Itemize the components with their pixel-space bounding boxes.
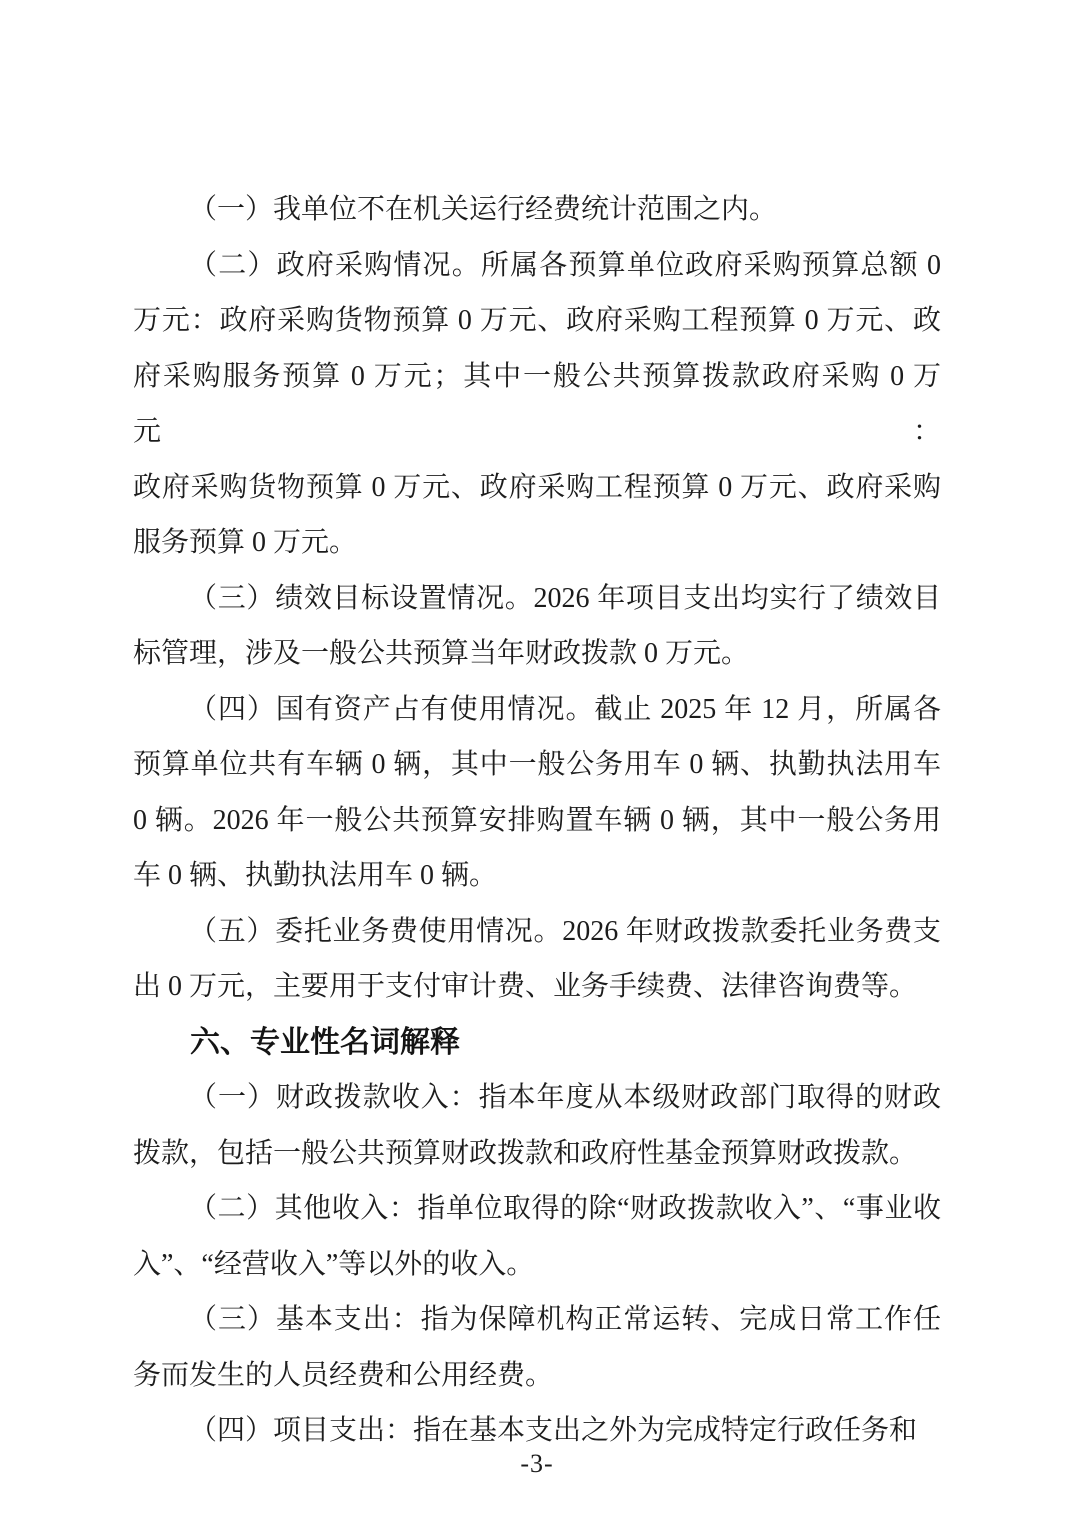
text-line: 万元：政府采购货物预算 0 万元、政府采购工程预算 0 万元、政 — [133, 293, 941, 349]
text-line: （一）财政拨款收入：指本年度从本级财政部门取得的财政 — [133, 1070, 941, 1126]
document-content: （一）我单位不在机关运行经费统计范围之内。（二）政府采购情况。所属各预算单位政府… — [133, 182, 941, 1459]
paragraph: （五）委托业务费使用情况。2026 年财政拨款委托业务费支出 0 万元，主要用于… — [133, 904, 941, 1015]
paragraph: （四）国有资产占有使用情况。截止 2025 年 12 月，所属各预算单位共有车辆… — [133, 682, 941, 904]
text-line: （三）基本支出：指为保障机构正常运转、完成日常工作任 — [133, 1292, 941, 1348]
text-line: 府采购服务预算 0 万元；其中一般公共预算拨款政府采购 0 万元： — [133, 349, 941, 460]
page-number: -3- — [0, 1449, 1074, 1479]
text-line: （二）政府采购情况。所属各预算单位政府采购预算总额 0 — [133, 238, 941, 294]
text-line: 标管理，涉及一般公共预算当年财政拨款 0 万元。 — [133, 626, 941, 682]
text-line: 车 0 辆、执勤执法用车 0 辆。 — [133, 848, 941, 904]
text-line: 政府采购货物预算 0 万元、政府采购工程预算 0 万元、政府采购 — [133, 460, 941, 516]
text-line: 服务预算 0 万元。 — [133, 515, 941, 571]
paragraph: （一）我单位不在机关运行经费统计范围之内。 — [133, 182, 941, 238]
text-line: （二）其他收入：指单位取得的除“财政拨款收入”、“事业收 — [133, 1181, 941, 1237]
paragraph: （二）政府采购情况。所属各预算单位政府采购预算总额 0万元：政府采购货物预算 0… — [133, 238, 941, 571]
paragraph: （三）基本支出：指为保障机构正常运转、完成日常工作任务而发生的人员经费和公用经费… — [133, 1292, 941, 1403]
document-page: （一）我单位不在机关运行经费统计范围之内。（二）政府采购情况。所属各预算单位政府… — [0, 0, 1074, 1520]
text-line: 0 辆。2026 年一般公共预算安排购置车辆 0 辆，其中一般公务用 — [133, 793, 941, 849]
paragraph: （三）绩效目标设置情况。2026 年项目支出均实行了绩效目标管理，涉及一般公共预… — [133, 571, 941, 682]
paragraph: （二）其他收入：指单位取得的除“财政拨款收入”、“事业收入”、“经营收入”等以外… — [133, 1181, 941, 1292]
section-heading: 六、专业性名词解释 — [133, 1015, 941, 1071]
text-line: 入”、“经营收入”等以外的收入。 — [133, 1237, 941, 1293]
text-line: （五）委托业务费使用情况。2026 年财政拨款委托业务费支 — [133, 904, 941, 960]
paragraph: （一）财政拨款收入：指本年度从本级财政部门取得的财政拨款，包括一般公共预算财政拨… — [133, 1070, 941, 1181]
text-line: （一）我单位不在机关运行经费统计范围之内。 — [133, 182, 941, 238]
text-line: 出 0 万元，主要用于支付审计费、业务手续费、法律咨询费等。 — [133, 959, 941, 1015]
text-line: （三）绩效目标设置情况。2026 年项目支出均实行了绩效目 — [133, 571, 941, 627]
text-line: 拨款，包括一般公共预算财政拨款和政府性基金预算财政拨款。 — [133, 1126, 941, 1182]
text-line: 务而发生的人员经费和公用经费。 — [133, 1348, 941, 1404]
text-line: （四）国有资产占有使用情况。截止 2025 年 12 月，所属各 — [133, 682, 941, 738]
text-line: 预算单位共有车辆 0 辆，其中一般公务用车 0 辆、执勤执法用车 — [133, 737, 941, 793]
